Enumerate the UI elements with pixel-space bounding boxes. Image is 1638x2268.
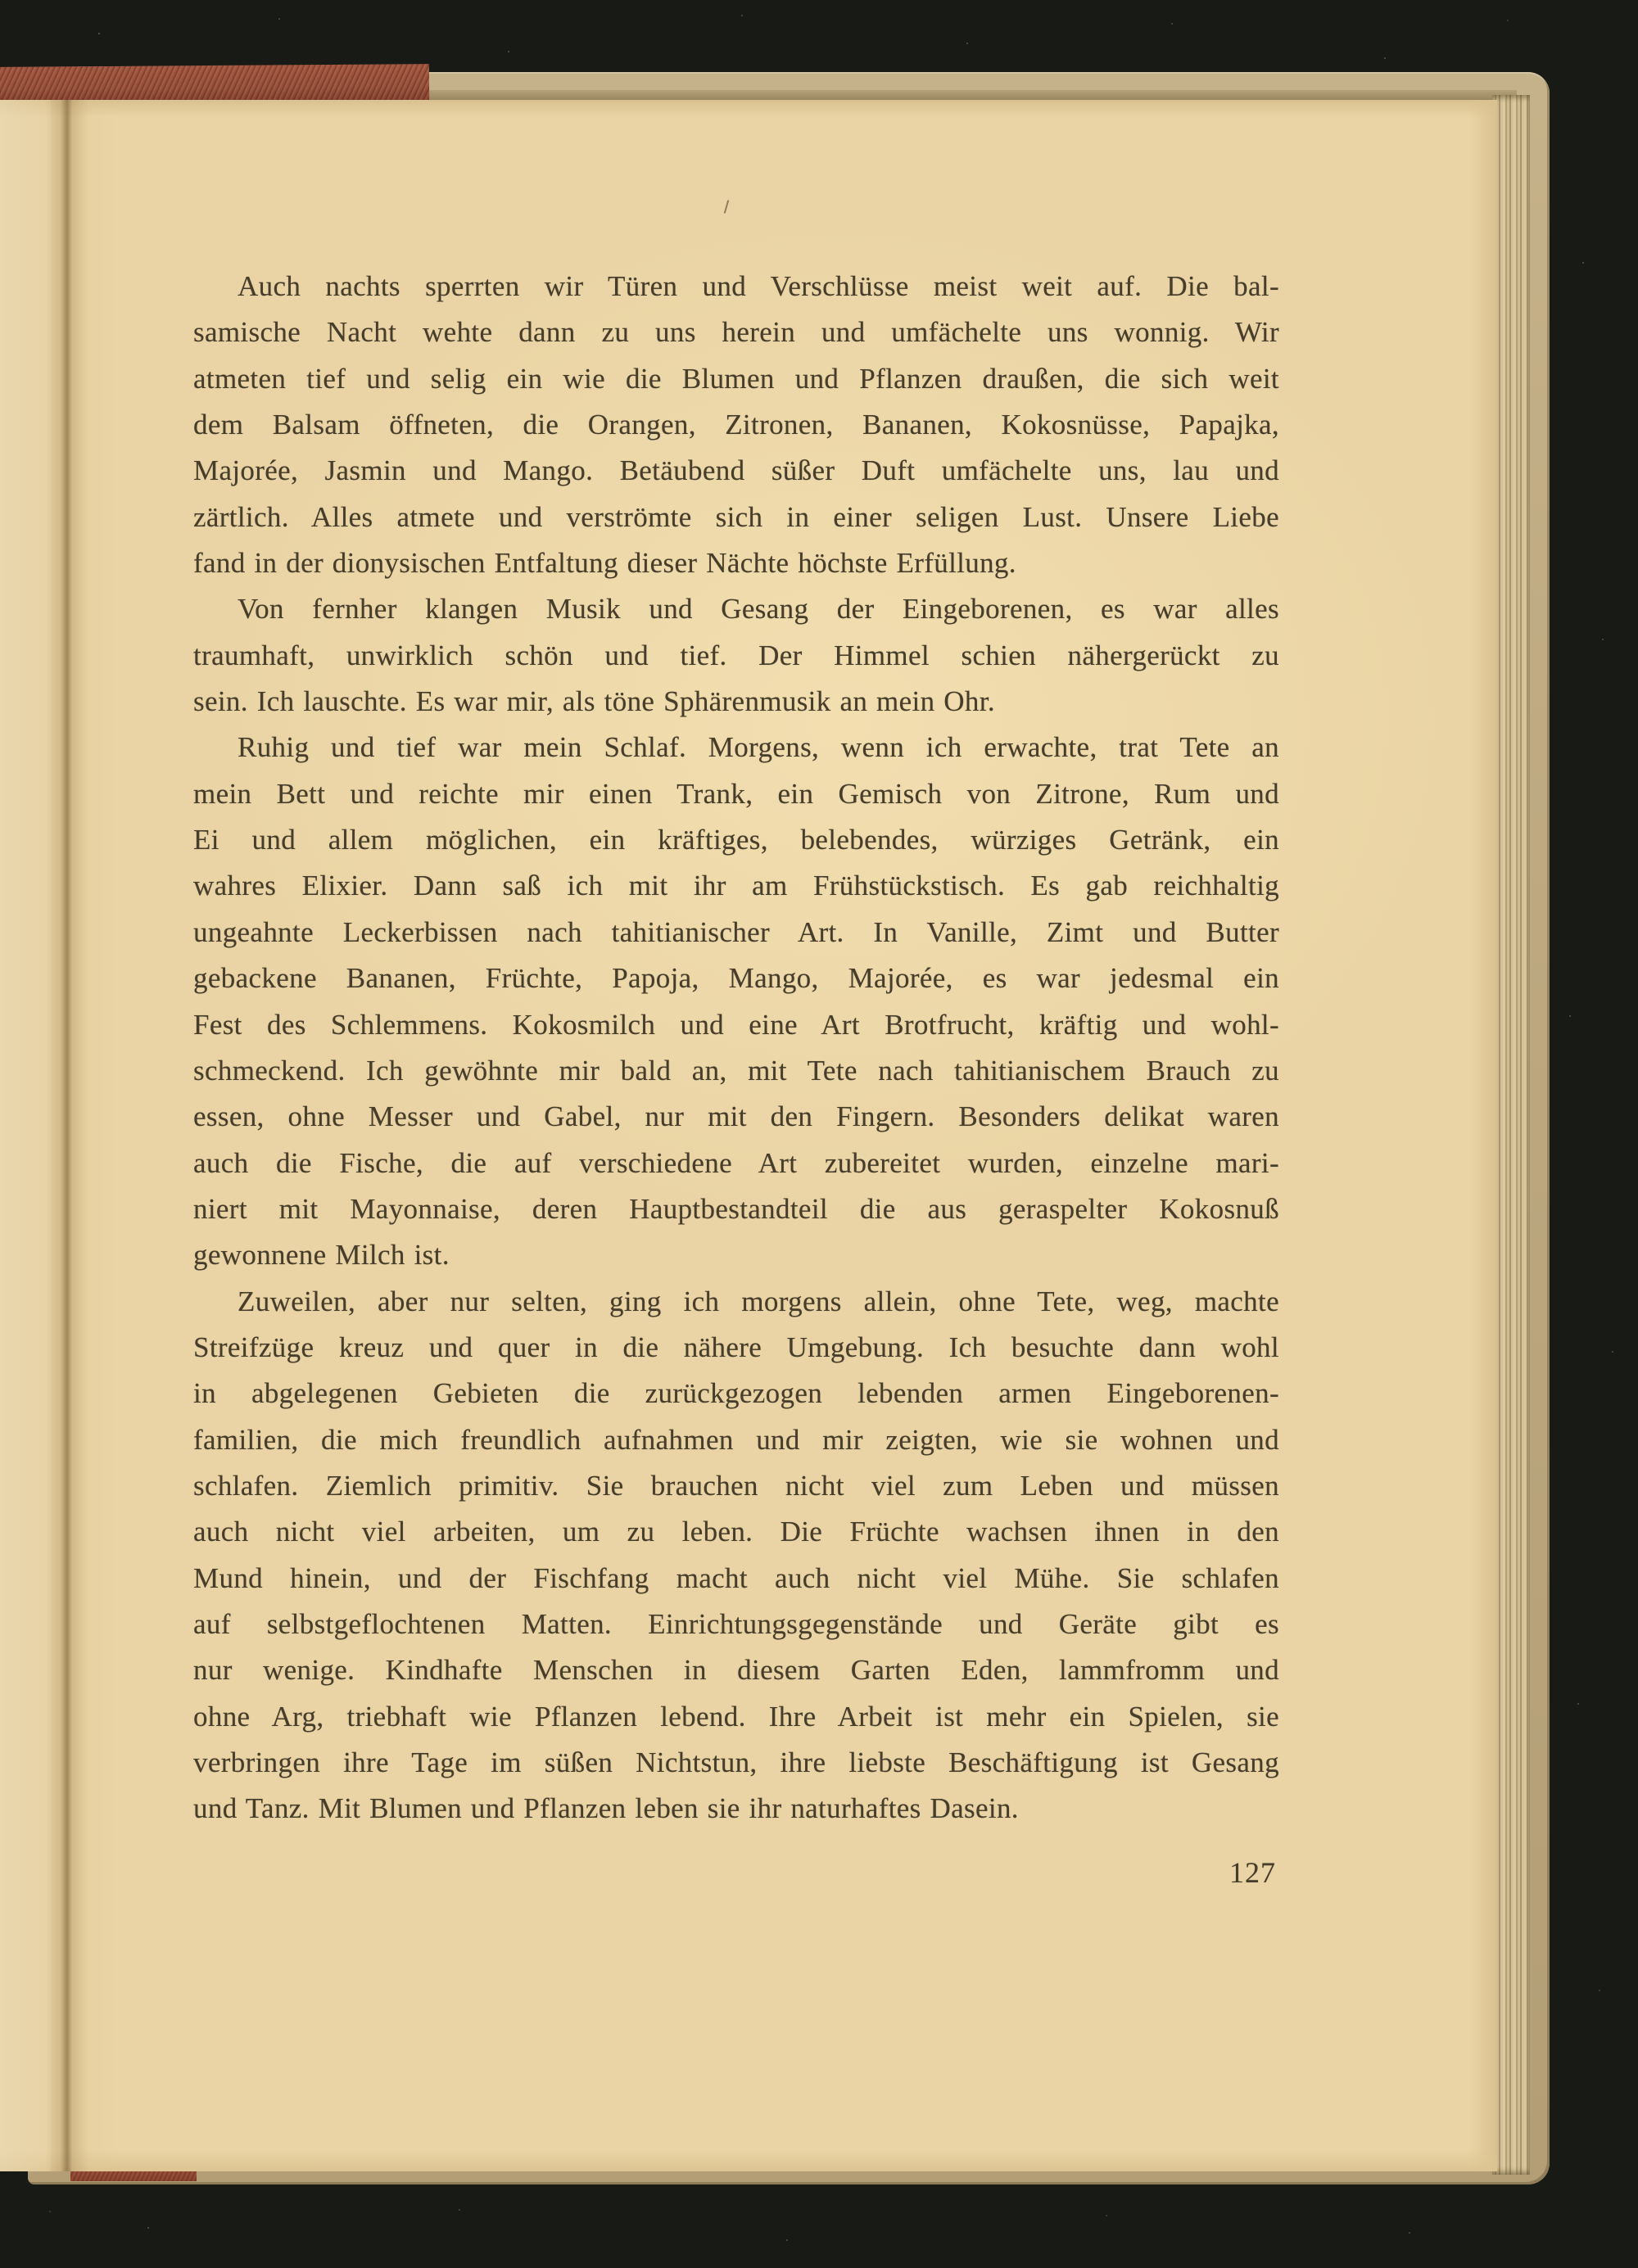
text-line: auch nicht viel arbeiten, um zu leben. D… xyxy=(193,1509,1279,1555)
text-line: niert mit Mayonnaise, deren Hauptbestand… xyxy=(193,1186,1279,1232)
text-line: in abgelegenen Gebieten die zurückgezoge… xyxy=(193,1371,1279,1416)
text-line: fand in der dionysischen Entfaltung dies… xyxy=(193,540,1279,586)
text-line: Majorée, Jasmin und Mango. Betäubend süß… xyxy=(193,448,1279,494)
page-text: Auch nachts sperrten wir Türen und Versc… xyxy=(193,264,1279,1890)
facing-page-edge xyxy=(0,100,51,2171)
text-line: ohne Arg, triebhaft wie Pflanzen lebend.… xyxy=(193,1694,1279,1740)
paragraph: Zuweilen, aber nur selten, ging ich morg… xyxy=(193,1279,1279,1832)
text-line: auf selbstgeflochtenen Matten. Einrichtu… xyxy=(193,1602,1279,1647)
paragraph: Von fernher klangen Musik und Gesang der… xyxy=(193,586,1279,725)
text-line: gebackene Bananen, Früchte, Papoja, Mang… xyxy=(193,956,1279,1001)
text-line: traumhaft, unwirklich schön und tief. De… xyxy=(193,633,1279,679)
text-line: Mund hinein, und der Fischfang macht auc… xyxy=(193,1556,1279,1602)
dust-specks xyxy=(0,0,2,2)
text-line: sein. Ich lauschte. Es war mir, als töne… xyxy=(193,679,1279,725)
text-line: Zuweilen, aber nur selten, ging ich morg… xyxy=(193,1279,1279,1325)
text-line: und Tanz. Mit Blumen und Pflanzen leben … xyxy=(193,1786,1279,1832)
text-line: Fest des Schlemmens. Kokosmilch und eine… xyxy=(193,1002,1279,1048)
paragraph: Ruhig und tief war mein Schlaf. Morgens,… xyxy=(193,725,1279,1278)
text-line: verbringen ihre Tage im süßen Nichtstun,… xyxy=(193,1740,1279,1786)
text-line: Auch nachts sperrten wir Türen und Versc… xyxy=(193,264,1279,309)
text-line: wahres Elixier. Dann saß ich mit ihr am … xyxy=(193,863,1279,909)
text-line: Ei und allem möglichen, ein kräftiges, b… xyxy=(193,817,1279,863)
text-line: zärtlich. Alles atmete und verströmte si… xyxy=(193,495,1279,540)
page-gutter-crease xyxy=(46,100,88,2171)
text-line: essen, ohne Messer und Gabel, nur mit de… xyxy=(193,1094,1279,1140)
page-stack-fore-edge xyxy=(1492,95,1530,2175)
text-line: Von fernher klangen Musik und Gesang der… xyxy=(193,586,1279,632)
text-line: mein Bett und reichte mir einen Trank, e… xyxy=(193,771,1279,817)
text-line: ungeahnte Leckerbissen nach tahitianisch… xyxy=(193,910,1279,956)
scanned-book-photo: Auch nachts sperrten wir Türen und Versc… xyxy=(0,0,1638,2268)
paragraph: Auch nachts sperrten wir Türen und Versc… xyxy=(193,264,1279,586)
page-number: 127 xyxy=(193,1855,1279,1890)
text-line: atmeten tief und selig ein wie die Blume… xyxy=(193,356,1279,402)
spine-cloth-top xyxy=(0,64,429,105)
book-page: Auch nachts sperrten wir Türen und Versc… xyxy=(0,100,1497,2171)
text-line: nur wenige. Kindhafte Menschen in diesem… xyxy=(193,1647,1279,1693)
text-line: gewonnene Milch ist. xyxy=(193,1232,1279,1278)
text-line: schlafen. Ziemlich primitiv. Sie brauche… xyxy=(193,1463,1279,1509)
text-line: samische Nacht wehte dann zu uns herein … xyxy=(193,309,1279,355)
text-line: auch die Fische, die auf verschiedene Ar… xyxy=(193,1141,1279,1186)
text-line: familien, die mich freundlich aufnahmen … xyxy=(193,1417,1279,1463)
text-line: Streifzüge kreuz und quer in die nähere … xyxy=(193,1325,1279,1371)
text-line: dem Balsam öffneten, die Orangen, Zitron… xyxy=(193,402,1279,448)
text-line: schmeckend. Ich gewöhnte mir bald an, mi… xyxy=(193,1048,1279,1094)
text-line: Ruhig und tief war mein Schlaf. Morgens,… xyxy=(193,725,1279,770)
scan-artifact-mark xyxy=(724,200,730,214)
